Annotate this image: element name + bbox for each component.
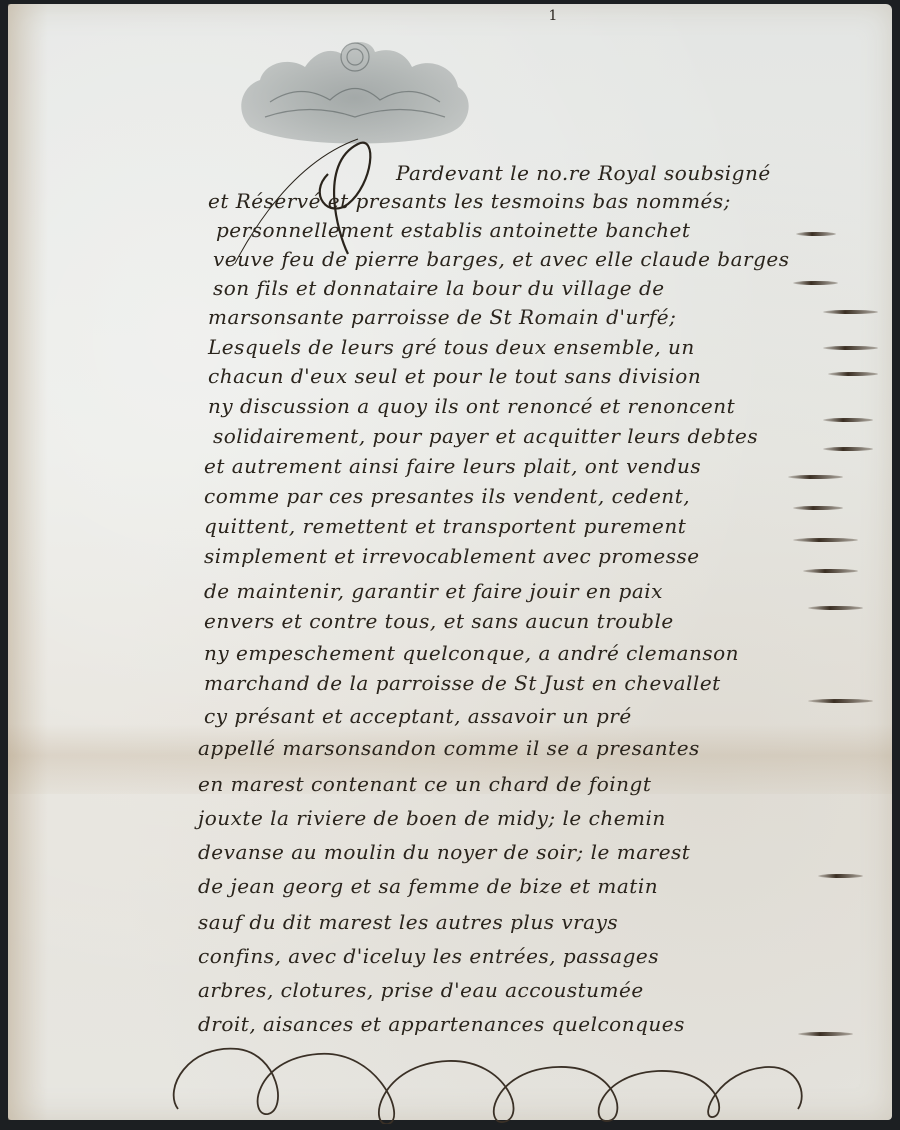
line-filler-dash — [793, 506, 843, 510]
line-filler-dash — [808, 699, 873, 703]
text-line: de jean georg et sa femme de bize et mat… — [198, 874, 658, 898]
text-line: marchand de la parroisse de St Just en c… — [204, 671, 721, 695]
text-line: et Réservé et presants les tesmoins bas … — [208, 189, 731, 213]
text-line: son fils et donnataire la bour du villag… — [213, 276, 665, 300]
line-filler-dash — [823, 310, 878, 314]
text-line: droit, aisances et appartenances quelcon… — [198, 1012, 685, 1036]
text-line: et autrement ainsi faire leurs plait, on… — [204, 454, 701, 478]
line-filler-dash — [823, 418, 873, 422]
closing-flourish-icon — [158, 1039, 858, 1124]
text-line: de maintenir, garantir et faire jouir en… — [204, 579, 663, 603]
text-line: quittent, remettent et transportent pure… — [204, 514, 686, 538]
line-filler-dash — [818, 874, 863, 878]
text-line: confins, avec d'iceluy les entrées, pass… — [198, 944, 659, 968]
line-filler-dash — [788, 475, 843, 479]
text-line: Lesquels de leurs gré tous deux ensemble… — [208, 335, 695, 359]
text-line: jouxte la riviere de boen de midy; le ch… — [198, 806, 666, 830]
line-filler-dash — [793, 281, 838, 285]
line-filler-dash — [823, 447, 873, 451]
manuscript-page: 1 Pardevant le no.re Royal soubsigné et … — [8, 4, 892, 1120]
line-filler-dash — [823, 346, 878, 350]
text-line: solidairement, pour payer et acquitter l… — [213, 424, 758, 448]
line-filler-dash — [793, 538, 858, 542]
text-line: Pardevant le no.re Royal soubsigné — [396, 161, 771, 185]
text-line: simplement et irrevocablement avec prome… — [204, 544, 700, 568]
text-line: ny discussion a quoy ils ont renoncé et … — [208, 394, 735, 418]
text-line: marsonsante parroisse de St Romain d'urf… — [208, 305, 676, 329]
text-line: devanse au moulin du noyer de soir; le m… — [198, 840, 690, 864]
text-line: comme par ces presantes ils vendent, ced… — [204, 484, 690, 508]
line-filler-dash — [808, 606, 863, 610]
text-line: arbres, clotures, prise d'eau accoustumé… — [198, 978, 644, 1002]
text-line: veuve feu de pierre barges, et avec elle… — [213, 247, 790, 271]
text-line: envers et contre tous, et sans aucun tro… — [204, 609, 674, 633]
line-filler-dash — [803, 569, 858, 573]
text-line: cy présant et acceptant, assavoir un pré — [204, 704, 632, 728]
text-line: personnellement establis antoinette banc… — [216, 218, 690, 242]
text-line: ny empeschement quelconque, a andré clem… — [204, 641, 739, 665]
line-filler-dash — [828, 372, 878, 376]
text-line: chacun d'eux seul et pour le tout sans d… — [208, 364, 701, 388]
line-filler-dash — [796, 232, 836, 236]
text-line: en marest contenant ce un chard de foing… — [198, 772, 651, 796]
manuscript-text: Pardevant le no.re Royal soubsigné et Ré… — [8, 4, 892, 1120]
text-line: sauf du dit marest les autres plus vrays — [198, 910, 618, 934]
text-line: appellé marsonsandon comme il se a presa… — [198, 736, 700, 760]
line-filler-dash — [798, 1032, 853, 1036]
